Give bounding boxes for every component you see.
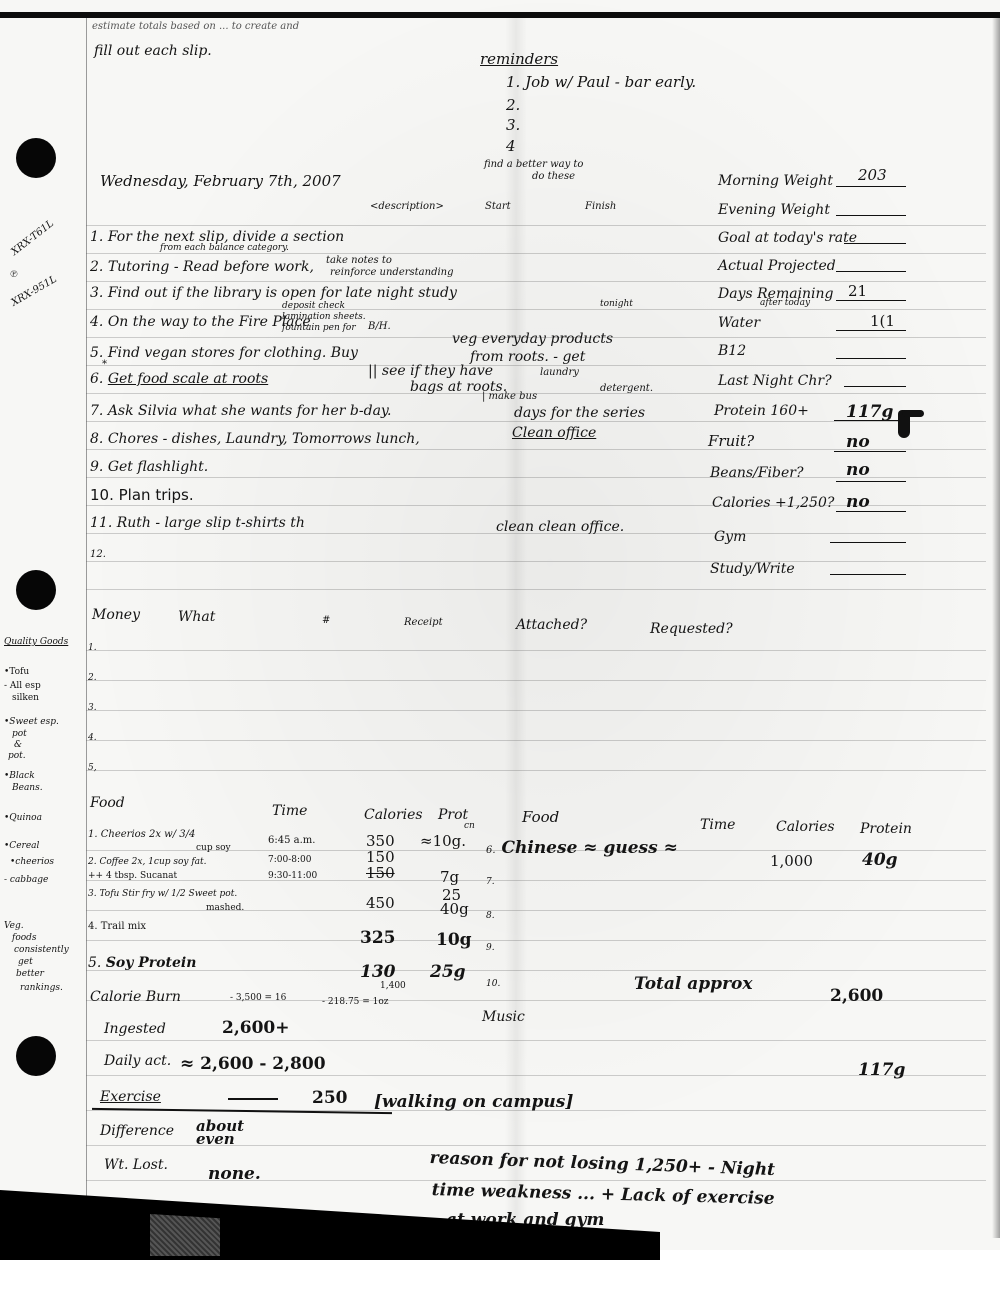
task-item-4-list-3: fountain pen for <box>282 324 356 333</box>
food-total-label: Total approx <box>634 976 753 993</box>
difference-label: Difference <box>100 1124 174 1138</box>
tracker-blank <box>834 420 904 421</box>
page-top-edge <box>0 12 1000 18</box>
calorie-burn-label: Calorie Burn <box>90 990 181 1004</box>
tracker-blank <box>836 511 906 512</box>
food-row-3: 3. Tofu Stir fry w/ 1/2 Sweet pot. <box>88 890 237 899</box>
ruled-line <box>86 940 986 941</box>
food-header: Time <box>272 804 307 818</box>
daily-act-label: Daily act. <box>104 1054 171 1068</box>
margin-line <box>86 18 87 1228</box>
tracker-label: Morning Weight <box>718 174 833 188</box>
calorie-burn-calc2: - 218.75 = 1oz <box>322 998 389 1007</box>
daily-act-value: ≈ 2,600 - 2,800 <box>180 1056 326 1073</box>
tracker-label: Beans/Fiber? <box>710 466 803 480</box>
tracker-label: Actual Projected <box>718 259 836 273</box>
money-header: # <box>322 616 330 626</box>
tracker-value-calories: no <box>846 494 870 511</box>
header-note-line1: estimate totals based on ... to create a… <box>92 22 299 32</box>
exercise-value: 250 <box>312 1090 348 1107</box>
task-item-9: 9. Get flashlight. <box>90 460 208 474</box>
money-header: Money <box>92 608 140 622</box>
tracker-value-morning-weight: 203 <box>858 168 887 183</box>
food-header: Time <box>700 818 735 832</box>
ruled-line <box>86 365 986 366</box>
tracker-label: Goal at today's rate <box>718 231 857 245</box>
task-item-8: 8. Chores - dishes, Laundry, Tomorrows l… <box>90 432 420 446</box>
margin-scribble: ℗ <box>10 270 18 280</box>
tracker-label: Fruit? <box>708 434 754 449</box>
ruled-line <box>86 309 986 310</box>
wt-lost-value: none. <box>208 1166 261 1183</box>
tracker-blank <box>836 186 906 187</box>
task-item-2-extra: take notes to <box>326 256 392 266</box>
reminders-note-line1: find a better way to <box>484 160 583 170</box>
food-row-1: 1. Cheerios 2x w/ 3/4 <box>88 830 195 840</box>
task-item-6-extra: || see if they have <box>368 364 493 378</box>
tracker-label: Gym <box>714 530 746 544</box>
exercise-label: Exercise <box>100 1090 161 1104</box>
food-header: Prot <box>438 808 468 822</box>
ruled-line <box>86 1075 986 1076</box>
food-row-6: 6. Chinese ≈ guess ≈ <box>486 840 678 857</box>
calorie-burn-calc1: - 3,500 = 16 <box>230 994 286 1003</box>
page-date: Wednesday, February 7th, 2007 <box>100 174 341 189</box>
money-row: 2. <box>88 674 97 683</box>
page-right-edge <box>992 18 1000 1238</box>
ruled-line <box>86 1040 986 1041</box>
ruled-line <box>86 770 986 771</box>
tracker-blank <box>830 574 906 575</box>
tracker-blank <box>836 300 906 301</box>
ruled-line <box>86 225 986 226</box>
task-item-12: 12. <box>90 550 106 560</box>
ruled-line <box>86 561 986 562</box>
tracker-blank <box>836 330 906 331</box>
ruled-line <box>86 740 986 741</box>
exercise-underline <box>92 1108 392 1114</box>
tracker-blank <box>834 451 906 452</box>
food-row-9: 9. <box>486 944 495 953</box>
margin-code-1: XRX-T61L <box>10 219 56 258</box>
exercise-note: [walking on campus] <box>374 1094 573 1111</box>
ink-blot <box>902 410 924 417</box>
reason-line1: reason for not losing 1,250+ - Night <box>429 1150 775 1179</box>
ingested-value: 2,600+ <box>222 1020 289 1037</box>
binder-hole <box>16 1036 56 1076</box>
task-item-3: 3. Find out if the library is open for l… <box>90 286 457 300</box>
food-row-2: 2. Coffee 2x, 1cup soy fat. <box>88 858 207 867</box>
reminder-item-1: 1. Job w/ Paul - bar early. <box>506 75 696 90</box>
task-item-7-extra2: days for the series <box>514 406 645 420</box>
money-row: 1. <box>88 644 97 653</box>
task-item-2: 2. Tutoring - Read before work, <box>90 260 314 274</box>
food-header: Protein <box>860 822 912 836</box>
money-row: 5, <box>88 764 97 773</box>
ruled-line <box>86 253 986 254</box>
food-row-7: 7. <box>486 878 495 887</box>
tracker-blank <box>836 358 906 359</box>
tracker-blank <box>836 481 906 482</box>
food-header: Calories <box>364 808 423 822</box>
calorie-burn-extra: 1,400 <box>380 982 406 991</box>
reason-line2: time weakness ... + Lack of exercise <box>432 1182 775 1208</box>
ruled-line <box>86 970 986 971</box>
ruled-line <box>86 710 986 711</box>
task-item-2-sub: reinforce understanding <box>330 268 454 278</box>
tracker-label: Protein 160+ <box>714 404 809 418</box>
tracker-blank <box>844 243 906 244</box>
money-header: Receipt <box>404 618 443 628</box>
money-row: 4. <box>88 734 97 743</box>
reminder-item-3: 3. <box>506 118 520 133</box>
task-item-3-sub: tonight <box>600 300 633 309</box>
tracker-blank <box>830 542 906 543</box>
task-item-11: 11. Ruth - large slip t-shirts th <box>90 516 305 530</box>
tracker-label: Evening Weight <box>718 203 830 217</box>
reminder-item-2: 2. <box>506 98 520 113</box>
task-item-5: 5. Find vegan stores for clothing. Buy <box>90 346 358 360</box>
ruled-line <box>86 589 986 590</box>
ruled-line <box>86 680 986 681</box>
money-row: 3. <box>88 704 97 713</box>
food-total-value: 2,600 <box>830 988 883 1005</box>
food-row-4: 4. Trail mix <box>88 922 146 932</box>
quality-goods-title: Quality Goods <box>4 638 68 647</box>
task-item-6-extra4: detergent. <box>600 384 653 394</box>
reminder-item-4: 4 <box>506 139 516 154</box>
task-item-1: 1. For the next slip, divide a section <box>90 230 344 244</box>
reminders-title: reminders <box>480 52 558 67</box>
tracker-value-fruit: no <box>846 434 870 451</box>
notebook-page: estimate totals based on ... to create a… <box>0 0 1000 1250</box>
binder-hole <box>16 570 56 610</box>
task-item-6: 6. Get food scale at roots <box>90 372 268 386</box>
tracker-value-beans: no <box>846 462 870 479</box>
food-header: Food <box>90 796 125 810</box>
task-item-4-list-1: deposit check <box>282 302 345 311</box>
column-description: <description> <box>370 202 444 212</box>
scan-artifact <box>150 1214 220 1256</box>
task-item-10: 10. Plan trips. <box>90 488 194 503</box>
tracker-label: Water <box>718 316 760 330</box>
wt-lost-label: Wt. Lost. <box>104 1158 168 1172</box>
difference-value: about even <box>196 1120 256 1146</box>
food-row-5: 5. Soy Protein <box>88 956 196 970</box>
binder-hole <box>16 138 56 178</box>
task-item-4-list-2: lamination sheets. <box>282 313 366 322</box>
ingested-label: Ingested <box>104 1022 166 1036</box>
money-header: Attached? <box>516 618 587 632</box>
tracker-value-protein: 117g <box>846 404 893 421</box>
tracker-value-water: 1(1 <box>870 314 895 329</box>
tracker-blank <box>836 271 906 272</box>
money-header: Requested? <box>650 622 733 636</box>
protein-total: 117g <box>858 1062 905 1079</box>
tracker-blank <box>844 386 906 387</box>
task-item-7: 7. Ask Silvia what she wants for her b-d… <box>90 404 391 418</box>
task-item-11-extra: clean clean office. <box>496 520 624 534</box>
column-finish: Finish <box>585 202 616 212</box>
tracker-blank <box>836 215 906 216</box>
reminders-note-line2: do these <box>532 172 575 182</box>
music-label: Music <box>482 1010 525 1024</box>
task-item-8-extra: Clean office <box>512 426 596 440</box>
task-item-6-extra3: laundry <box>540 368 579 378</box>
header-note-line2: fill out each slip. <box>94 44 212 58</box>
column-start: Start <box>485 202 511 212</box>
task-item-5-extra2: from roots. - get <box>470 350 585 364</box>
food-header: Calories <box>776 820 835 834</box>
food-header: Food <box>522 810 559 825</box>
task-item-6-star: * <box>102 360 107 370</box>
task-item-5-extra: veg everyday products <box>452 332 613 346</box>
money-header: What <box>178 610 215 624</box>
ruled-line <box>86 880 986 881</box>
food-row-10: 10. <box>486 980 500 989</box>
task-item-4: 4. On the way to the Fire Place <box>90 315 311 329</box>
tracker-sublabel: after today <box>760 299 810 308</box>
ruled-line <box>86 650 986 651</box>
tracker-label: Last Night Chr? <box>718 374 832 388</box>
food-row-8: 8. <box>486 912 495 921</box>
task-item-4-list-4: B/H. <box>368 322 391 332</box>
exercise-dash <box>228 1098 278 1100</box>
tracker-value-days-remaining: 21 <box>848 284 867 299</box>
tracker-label: Study/Write <box>710 562 795 576</box>
tracker-label: B12 <box>718 344 746 358</box>
tracker-label: Calories +1,250? <box>712 496 834 510</box>
task-item-1-sub: from each balance category. <box>160 244 289 253</box>
task-item-7-extra: | make bus <box>482 392 537 402</box>
